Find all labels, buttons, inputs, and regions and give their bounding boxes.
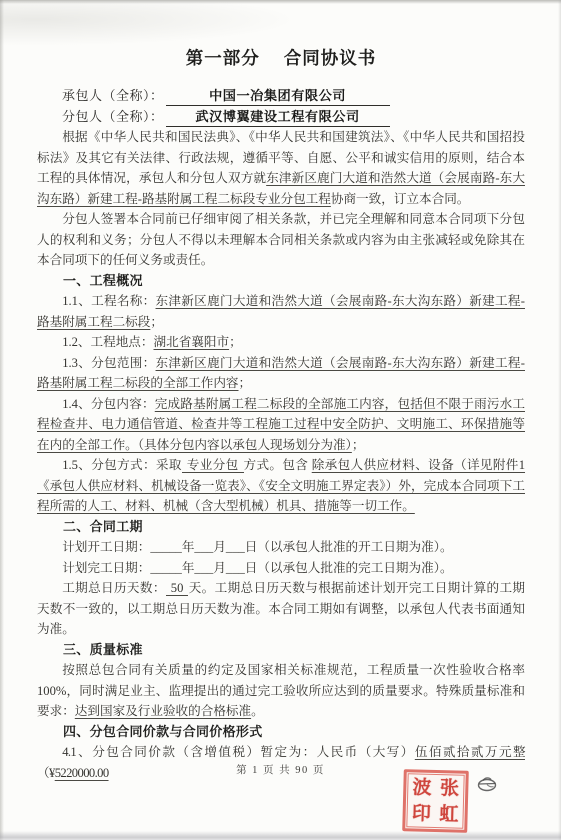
preamble-tail: 协商一致，订立本合同。 xyxy=(331,192,470,206)
title-part-number: 第一部分 xyxy=(186,48,260,68)
personal-seal-stamp: 波 张 印 虹 xyxy=(402,769,469,833)
document-title: 第一部分合同协议书 xyxy=(37,46,525,70)
scan-edge-left xyxy=(0,0,4,840)
clause-1-2-end: ； xyxy=(229,335,242,349)
subcontractor-line: 分包人（全称）：武汉博翼建设工程有限公司 xyxy=(37,106,525,127)
scanned-contract-page: 第一部分合同协议书 承包人（全称）：中国一冶集团有限公司 分包人（全称）：武汉博… xyxy=(0,0,561,840)
clause-1-5-label: 1.5、分包方式：采取 xyxy=(62,458,182,472)
section1-heading: 一、工程概况 xyxy=(37,271,525,292)
duration-label: 工期总日历天数： xyxy=(62,581,166,595)
seal-character: 虹 xyxy=(435,801,463,828)
clause-1-4-label: 1.4、分包内容： xyxy=(62,397,155,411)
clause-1-2-label: 1.2、工程地点： xyxy=(62,335,153,349)
clause-1-4-end: ； xyxy=(352,438,365,452)
section3-heading: 三、质量标准 xyxy=(37,640,525,661)
clause-1-5: 1.5、分包方式：采取专业分包方式。包含 除承包人供应材料、设备（详见附件1《承… xyxy=(37,455,525,517)
contractor-line: 承包人（全称）：中国一冶集团有限公司 xyxy=(37,85,525,106)
scan-edge-bottom xyxy=(0,831,561,840)
seal-character: 波 xyxy=(408,774,436,801)
acknowledgement-paragraph: 分包人签署本合同前已仔细审阅了相关条款，并已完全理解和同意本合同项下分包人的权利… xyxy=(37,209,525,271)
clause-1-1: 1.1、工程名称：东津新区鹿门大道和浩然大道（会展南路-东大沟东路）新建工程-路… xyxy=(37,291,525,332)
clause-1-3-label: 1.3、分包范围： xyxy=(62,356,155,370)
clause-1-3-end: ； xyxy=(239,376,252,390)
quality-end: 。 xyxy=(251,704,264,718)
section2-heading: 二、合同工期 xyxy=(37,517,525,538)
clause-1-2: 1.2、工程地点：湖北省襄阳市； xyxy=(37,332,525,353)
clause-1-5-mid: 方式。包含 xyxy=(244,458,309,472)
planned-start-date-line: 计划开工日期：_____年___月___日（以承包人批准的开工日期为准）。 xyxy=(37,537,525,558)
seal-character: 张 xyxy=(436,775,464,802)
contractor-label: 承包人（全称）： xyxy=(62,88,164,103)
duration-paragraph: 工期总日历天数：50天。工期总日历天数与根据前述计划开完工日期计算的工期天数不一… xyxy=(37,578,525,640)
clause-1-1-label: 1.1、工程名称： xyxy=(62,294,155,308)
subcontractor-label: 分包人（全称）： xyxy=(62,109,164,124)
document-content: 第一部分合同协议书 承包人（全称）：中国一冶集团有限公司 分包人（全称）：武汉博… xyxy=(37,0,525,783)
clause-1-4: 1.4、分包内容：完成路基附属工程二标段的全部施工内容，包括但不限于雨污水工程检… xyxy=(37,394,525,456)
quality-special-requirement: 达到国家及行业验收的合格标准 xyxy=(75,704,251,718)
clause-4-1-lead: 4.1、分包合同价款（含增值税）暂定为：人民币（大写） xyxy=(62,745,415,759)
duration-unit: 天。 xyxy=(188,581,214,595)
clause-1-5-method: 专业分包 xyxy=(182,458,244,473)
section4-heading: 四、分包合同价款与合同价格形式 xyxy=(37,722,525,743)
duration-days-value: 50 xyxy=(166,581,189,596)
quality-paragraph: 按照总包合同有关质量的约定及国家相关标准规范，工程质量一次性验收合格率100%，… xyxy=(37,660,525,722)
contract-body: 根据《中华人民共和国民法典》、《中华人民共和国建筑法》、《中华人民共和国招投标法… xyxy=(37,127,525,783)
pen-mark-icon xyxy=(474,774,500,794)
subcontractor-name-field: 武汉博翼建设工程有限公司 xyxy=(166,108,390,127)
amount-in-words: 伍佰贰拾贰万元整 xyxy=(415,745,525,759)
parties-block: 承包人（全称）：中国一冶集团有限公司 分包人（全称）：武汉博翼建设工程有限公司 xyxy=(37,85,525,127)
clause-1-3: 1.3、分包范围：东津新区鹿门大道和浩然大道（会展南路-东大沟东路）新建工程-路… xyxy=(37,353,525,394)
planned-finish-date-line: 计划完工日期：_____年___月___日（以承包人批准的完工日期为准）。 xyxy=(37,558,525,579)
seal-inner-border: 波 张 印 虹 xyxy=(406,773,464,828)
clause-1-2-value: 湖北省襄阳市 xyxy=(154,335,230,349)
title-part-name: 合同协议书 xyxy=(284,48,377,68)
contractor-name-field: 中国一冶集团有限公司 xyxy=(166,87,390,106)
seal-character: 印 xyxy=(407,800,435,827)
clause-1-1-end: ； xyxy=(150,315,163,329)
preamble-paragraph: 根据《中华人民共和国民法典》、《中华人民共和国建筑法》、《中华人民共和国招投标法… xyxy=(37,127,525,209)
